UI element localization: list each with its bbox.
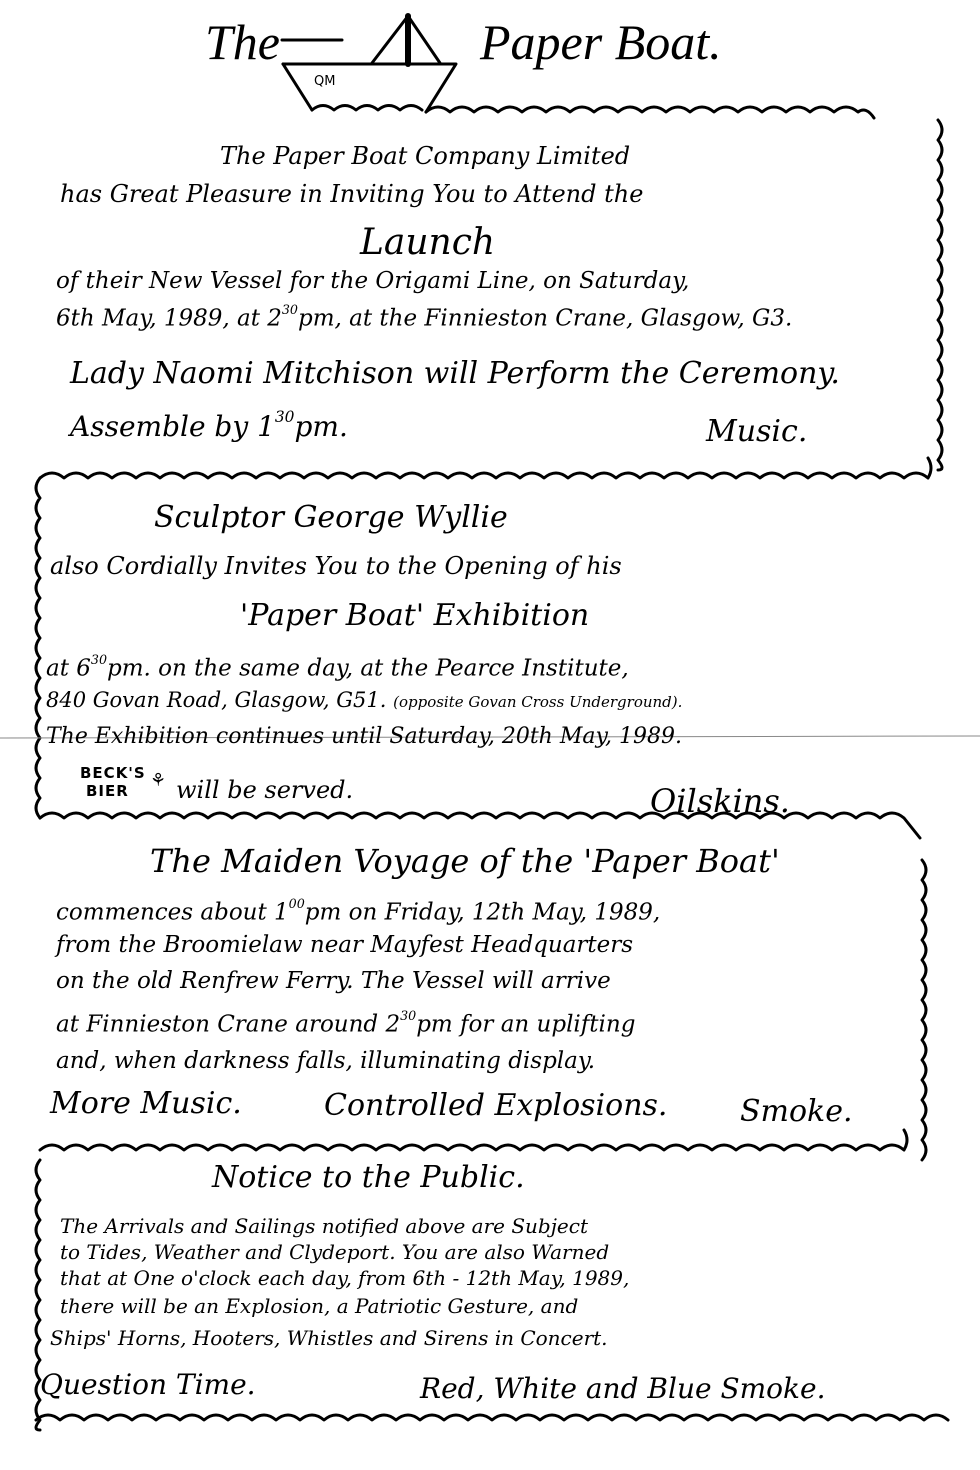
voyage-ferry-text: on the old Renfrew Ferry. The Vessel wil… <box>56 968 611 994</box>
ceremony-text: Lady Naomi Mitchison will Perform the Ce… <box>70 356 840 391</box>
voyage-origin-text: from the Broomielaw near Mayfest Headqua… <box>56 932 633 958</box>
exhibition-title: 'Paper Boat' Exhibition <box>240 598 589 633</box>
exhibition-time-text: at 630pm. on the same day, at the Pearce… <box>46 652 629 681</box>
title-the: The <box>205 12 280 72</box>
notice-line-1: The Arrivals and Sailings notified above… <box>60 1214 588 1238</box>
question-time-label: Question Time. <box>40 1368 256 1401</box>
served-text: will be served. <box>176 776 353 804</box>
notice-line-5: Ships' Horns, Hooters, Whistles and Sire… <box>50 1326 608 1350</box>
voyage-arrival-text: at Finnieston Crane around 230pm for an … <box>56 1008 635 1037</box>
exhibition-duration-text: The Exhibition continues until Saturday,… <box>46 724 682 749</box>
key-icon: ⚘ <box>150 770 166 791</box>
invitation-text: has Great Pleasure in Inviting You to At… <box>60 180 643 208</box>
assemble-text: Assemble by 130pm. <box>70 408 348 443</box>
becks-bier-logo: BECK'S BIER <box>80 764 146 800</box>
more-music-label: More Music. <box>50 1086 242 1121</box>
voyage-start-text: commences about 100pm on Friday, 12th Ma… <box>56 896 660 925</box>
voyage-heading: The Maiden Voyage of the 'Paper Boat' <box>150 842 780 880</box>
sculptor-heading: Sculptor George Wyllie <box>154 500 508 535</box>
music-label: Music. <box>706 414 807 449</box>
company-name: The Paper Boat Company Limited <box>220 142 630 170</box>
launch-heading: Launch <box>360 222 495 263</box>
title-paper-boat: Paper Boat. <box>480 12 722 72</box>
smoke-label: Smoke. <box>740 1094 853 1129</box>
notice-line-4: there will be an Explosion, a Patriotic … <box>60 1294 578 1318</box>
oilskins-label: Oilskins. <box>650 782 790 820</box>
notice-heading: Notice to the Public. <box>212 1160 525 1195</box>
smoke-colors-label: Red, White and Blue Smoke. <box>420 1372 825 1405</box>
exhibition-invite-text: also Cordially Invites You to the Openin… <box>50 552 622 580</box>
boat-label: QM <box>314 74 335 89</box>
notice-line-2: to Tides, Weather and Clydeport. You are… <box>60 1240 609 1264</box>
paper-boat-icon <box>282 16 456 112</box>
launch-date-text: 6th May, 1989, at 230pm, at the Finniest… <box>56 302 792 331</box>
vessel-text: of their New Vessel for the Origami Line… <box>56 268 689 294</box>
exhibition-address-text: 840 Govan Road, Glasgow, G51. (opposite … <box>46 688 682 712</box>
notice-line-3: that at One o'clock each day, from 6th -… <box>60 1266 629 1290</box>
voyage-display-text: and, when darkness falls, illuminating d… <box>56 1048 595 1074</box>
controlled-explosions-label: Controlled Explosions. <box>324 1088 667 1123</box>
